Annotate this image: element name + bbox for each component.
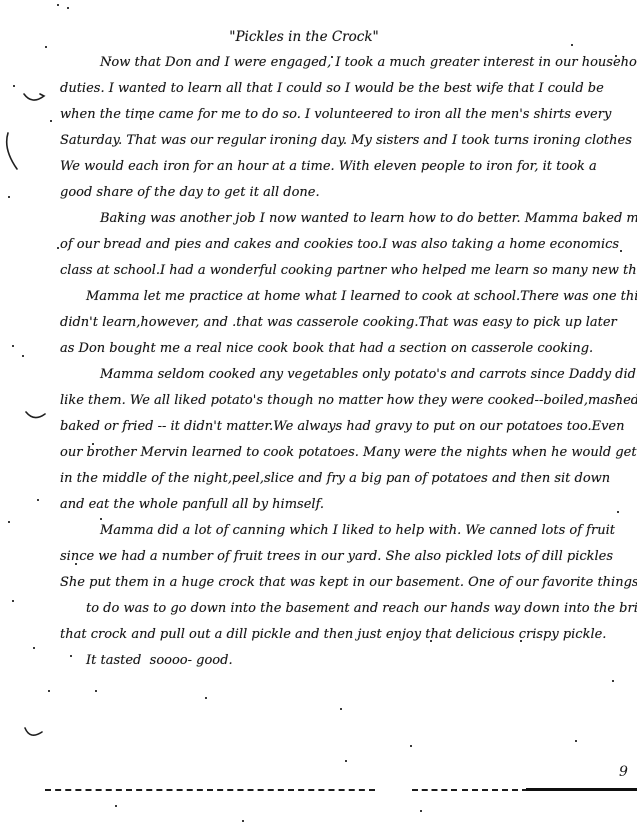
- text-line: didn't learn,however, and .that was cass…: [60, 310, 634, 336]
- margin-scribble-middle: [25, 408, 47, 424]
- margin-scribble-bottom: [23, 724, 45, 742]
- margin-scribble-slash: [3, 132, 21, 172]
- scanned-memoir-page: "Pickles in the Crock"Now that Don and I…: [0, 0, 637, 825]
- text-line: duties. I wanted to learn all that I cou…: [60, 76, 634, 102]
- text-line: Mamma let me practice at home what I lea…: [60, 284, 634, 310]
- bottom-rule-dashed-left: [45, 789, 375, 791]
- text-line: Mamma did a lot of canning which I liked…: [60, 518, 634, 544]
- document-title: "Pickles in the Crock": [60, 24, 634, 50]
- document-body: "Pickles in the Crock"Now that Don and I…: [60, 24, 634, 674]
- text-line: that crock and pull out a dill pickle an…: [60, 622, 634, 648]
- text-line: Mamma seldom cooked any vegetables only …: [60, 362, 634, 388]
- text-line: like them. We all liked potato's though …: [60, 388, 634, 414]
- text-line: as Don bought me a real nice cook book t…: [60, 336, 634, 362]
- bottom-rule-solid: [526, 788, 637, 791]
- text-line: It tasted soooo- good.: [60, 648, 634, 674]
- text-line: of our bread and pies and cakes and cook…: [60, 232, 634, 258]
- text-line: in the middle of the night,peel,slice an…: [60, 466, 634, 492]
- text-line: Baking was another job I now wanted to l…: [60, 206, 634, 232]
- text-line: good share of the day to get it all done…: [60, 180, 634, 206]
- text-line: class at school.I had a wonderful cookin…: [60, 258, 634, 284]
- text-line: baked or fried -- it didn't matter.We al…: [60, 414, 634, 440]
- text-line: and eat the whole panfull all by himself…: [60, 492, 634, 518]
- page-number: 9: [619, 764, 628, 780]
- text-line: She put them in a huge crock that was ke…: [60, 570, 634, 596]
- text-line: Now that Don and I were engaged, I took …: [60, 50, 634, 76]
- text-line: We would each iron for an hour at a time…: [60, 154, 634, 180]
- text-line: since we had a number of fruit trees in …: [60, 544, 634, 570]
- text-line: when the time came for me to do so. I vo…: [60, 102, 634, 128]
- bottom-rule-dashed-right: [462, 789, 528, 791]
- text-line: Saturday. That was our regular ironing d…: [60, 128, 634, 154]
- scan-speckle-noise: [0, 0, 2, 2]
- text-line: to do was to go down into the basement a…: [60, 596, 634, 622]
- margin-scribble-top: [22, 90, 48, 106]
- text-line: our brother Mervin learned to cook potat…: [60, 440, 634, 466]
- bottom-rule-dashed-mid: [412, 789, 457, 791]
